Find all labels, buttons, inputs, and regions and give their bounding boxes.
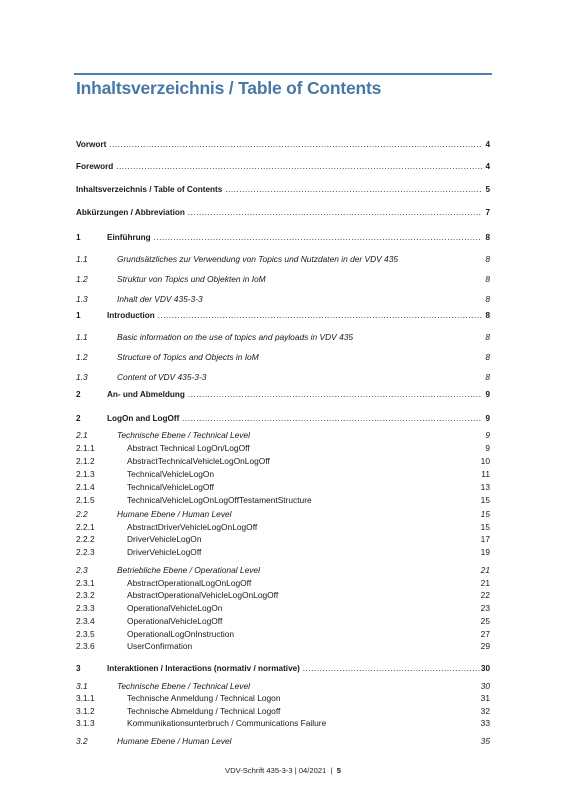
toc-entry-title-text: LogOn and LogOff <box>107 414 179 423</box>
toc-entry-title: DriverVehicleLogOn <box>127 533 201 545</box>
toc-entry-page: 33 <box>480 717 490 729</box>
toc-entry-title-text: Abkürzungen / Abbreviation <box>76 208 185 217</box>
toc-entry[interactable]: 2.1.4TechnicalVehicleLogOff13 <box>76 481 490 493</box>
toc-entry-title: Einführung .............................… <box>107 232 482 244</box>
toc-entry[interactable]: 3.1.1Technische Anmeldung / Technical Lo… <box>76 692 490 704</box>
toc-entry-number: 3.1 <box>76 680 88 692</box>
toc-entry[interactable]: 1Introduction ..........................… <box>76 310 490 322</box>
toc-entry[interactable]: 1.1Grundsätzliches zur Verwendung von To… <box>76 253 490 265</box>
toc-entry-title: UserConfirmation <box>127 640 192 652</box>
toc-entry-number: 3.1.3 <box>76 717 95 729</box>
toc-entry-number: 2.3 <box>76 564 88 576</box>
footer-separator: | <box>331 766 333 775</box>
toc-entry-page: 17 <box>480 533 490 545</box>
toc-entry-number: 2.1.1 <box>76 442 95 454</box>
toc-entry-title: AbstractDriverVehicleLogOnLogOff <box>127 521 257 533</box>
toc-entry-title: TechnicalVehicleLogOn <box>127 468 214 480</box>
toc-entry-title: Basic information on the use of topics a… <box>117 331 353 343</box>
toc-entry-number: 1.3 <box>76 293 88 305</box>
toc-entry-title: Technische Abmeldung / Technical Logoff <box>127 705 280 717</box>
toc-entry-title: Foreword ...............................… <box>76 161 482 173</box>
toc-entry-number: 1.1 <box>76 331 88 343</box>
toc-entry-title: Technische Ebene / Technical Level <box>117 429 250 441</box>
toc-entry-title: An- und Abmeldung ......................… <box>107 389 482 401</box>
toc-entry-number: 2.1.3 <box>76 468 95 480</box>
toc-entry-page: 35 <box>480 735 490 747</box>
toc-entry-page: 25 <box>480 615 490 627</box>
toc-entry-title: Inhaltsverzeichnis / Table of Contents .… <box>76 184 482 196</box>
toc-entry-number: 2 <box>76 413 81 425</box>
toc-entry-page: 30 <box>480 663 490 675</box>
toc-entry-number: 3.1.1 <box>76 692 95 704</box>
toc-entry[interactable]: 2.3.1AbstractOperationalLogOnLogOff21 <box>76 577 490 589</box>
toc-entry-title: AbstractOperationalVehicleLogOnLogOff <box>127 589 278 601</box>
toc-entry-title: Vorwort ................................… <box>76 139 482 151</box>
toc-entry[interactable]: Vorwort ................................… <box>76 139 490 151</box>
toc-entry-number: 2.3.5 <box>76 628 95 640</box>
toc-entry-page: 15 <box>480 508 490 520</box>
toc-entry[interactable]: 2.3Betriebliche Ebene / Operational Leve… <box>76 564 490 576</box>
toc-entry-number: 2.2 <box>76 508 88 520</box>
toc-entry-title-text: An- und Abmeldung <box>107 390 185 399</box>
toc-entry-page: 7 <box>484 207 490 219</box>
toc-entry[interactable]: Foreword ...............................… <box>76 161 490 173</box>
footer-date: 04/2021 <box>299 766 326 775</box>
toc-entry[interactable]: 1Einführung ............................… <box>76 232 490 244</box>
toc-entry-number: 2.1 <box>76 429 88 441</box>
dot-leader: ........................................… <box>185 390 482 399</box>
toc-entry-title: Abstract Technical LogOn/LogOff <box>127 442 250 454</box>
toc-entry-title: Introduction ...........................… <box>107 310 482 322</box>
toc-entry[interactable]: 2.3.6UserConfirmation29 <box>76 640 490 652</box>
toc-entry-title-text: Introduction <box>107 311 155 320</box>
toc-entry-page: 8 <box>484 232 490 244</box>
toc-entry-page: 8 <box>484 273 490 285</box>
toc-entry-title: AbstractOperationalLogOnLogOff <box>127 577 251 589</box>
toc-entry[interactable]: Inhaltsverzeichnis / Table of Contents .… <box>76 184 490 196</box>
toc-entry-number: 2.3.2 <box>76 589 95 601</box>
toc-entry-title: Grundsätzliches zur Verwendung von Topic… <box>117 253 398 265</box>
toc-entry[interactable]: 2.3.3OperationalVehicleLogOn23 <box>76 602 490 614</box>
dot-leader: ........................................… <box>185 208 482 217</box>
toc-entry-number: 1.2 <box>76 273 88 285</box>
toc-entry[interactable]: 2.2.1AbstractDriverVehicleLogOnLogOff15 <box>76 521 490 533</box>
toc-entry-page: 13 <box>480 481 490 493</box>
toc-entry-title: Technische Anmeldung / Technical Logon <box>127 692 281 704</box>
toc-entry[interactable]: 2.2.2DriverVehicleLogOn17 <box>76 533 490 545</box>
toc-entry-title: Struktur von Topics und Objekten in IoM <box>117 273 266 285</box>
toc-entry-page: 21 <box>480 564 490 576</box>
toc-entry-page: 4 <box>484 139 490 151</box>
toc-entry-page: 8 <box>484 331 490 343</box>
toc-entry[interactable]: 2.3.2AbstractOperationalVehicleLogOnLogO… <box>76 589 490 601</box>
toc-entry[interactable]: 1.2Struktur von Topics und Objekten in I… <box>76 273 490 285</box>
toc-entry[interactable]: 2.2Humane Ebene / Human Level15 <box>76 508 490 520</box>
toc-entry[interactable]: 3.1.3Kommunikationsunterbruch / Communic… <box>76 717 490 729</box>
toc-entry-number: 2.1.2 <box>76 455 95 467</box>
table-of-contents: Vorwort ................................… <box>0 0 566 760</box>
toc-entry-page: 29 <box>480 640 490 652</box>
page-footer: VDV-Schrift 435-3-3 | 04/2021 | 5 <box>0 766 566 775</box>
footer-page-number: 5 <box>337 766 341 775</box>
toc-entry-page: 8 <box>484 351 490 363</box>
dot-leader: ........................................… <box>113 162 482 171</box>
toc-entry[interactable]: 3.2Humane Ebene / Human Level35 <box>76 735 490 747</box>
toc-entry-title-text: Vorwort <box>76 140 106 149</box>
toc-entry-title: Humane Ebene / Human Level <box>117 508 232 520</box>
toc-entry-title-text: Interaktionen / Interactions (normativ /… <box>107 664 300 673</box>
toc-entry-page: 21 <box>480 577 490 589</box>
toc-entry-title: Abkürzungen / Abbreviation .............… <box>76 207 482 219</box>
dot-leader: ........................................… <box>300 664 482 673</box>
toc-entry-page: 11 <box>480 468 490 480</box>
toc-entry-title: Technische Ebene / Technical Level <box>117 680 250 692</box>
toc-entry-title: Kommunikationsunterbruch / Communication… <box>127 717 326 729</box>
dot-leader: ........................................… <box>222 185 482 194</box>
toc-entry-title: TechnicalVehicleLogOff <box>127 481 214 493</box>
toc-entry-page: 9 <box>484 413 490 425</box>
toc-entry-title: Betriebliche Ebene / Operational Level <box>117 564 260 576</box>
toc-entry-number: 1 <box>76 310 81 322</box>
toc-entry-page: 5 <box>484 184 490 196</box>
toc-entry-number: 2.2.3 <box>76 546 95 558</box>
toc-entry-number: 3.2 <box>76 735 88 747</box>
toc-entry-number: 3 <box>76 663 81 675</box>
toc-entry-page: 8 <box>484 253 490 265</box>
toc-entry-title-text: Einführung <box>107 233 151 242</box>
toc-entry-page: 22 <box>480 589 490 601</box>
toc-entry-number: 2.2.1 <box>76 521 95 533</box>
toc-entry[interactable]: 2.3.4OperationalVehicleLogOff25 <box>76 615 490 627</box>
toc-entry-title: TechnicalVehicleLogOnLogOffTestamentStru… <box>127 494 312 506</box>
toc-entry-page: 19 <box>480 546 490 558</box>
toc-entry-number: 1.2 <box>76 351 88 363</box>
toc-entry-title: OperationalVehicleLogOff <box>127 615 222 627</box>
toc-entry-page: 8 <box>484 310 490 322</box>
toc-entry-page: 9 <box>484 389 490 401</box>
toc-entry-title: OperationalLogOnInstruction <box>127 628 234 640</box>
toc-entry[interactable]: 2.3.5OperationalLogOnInstruction27 <box>76 628 490 640</box>
toc-entry[interactable]: 2An- und Abmeldung .....................… <box>76 389 490 401</box>
toc-entry[interactable]: 3Interaktionen / Interactions (normativ … <box>76 663 490 675</box>
toc-entry[interactable]: 3.1.2Technische Abmeldung / Technical Lo… <box>76 705 490 717</box>
toc-entry-number: 2.2.2 <box>76 533 95 545</box>
toc-entry-page: 30 <box>480 680 490 692</box>
toc-entry-number: 2.3.6 <box>76 640 95 652</box>
dot-leader: ........................................… <box>151 233 482 242</box>
toc-entry-title: Inhalt der VDV 435-3-3 <box>117 293 203 305</box>
toc-entry-title: Humane Ebene / Human Level <box>117 735 232 747</box>
toc-entry-title: Interaktionen / Interactions (normativ /… <box>107 663 482 675</box>
footer-separator: | <box>295 766 297 775</box>
toc-entry[interactable]: 3.1Technische Ebene / Technical Level30 <box>76 680 490 692</box>
toc-entry[interactable]: 2.2.3DriverVehicleLogOff19 <box>76 546 490 558</box>
dot-leader: ........................................… <box>179 414 482 423</box>
toc-entry[interactable]: 2.1.1Abstract Technical LogOn/LogOff9 <box>76 442 490 454</box>
toc-entry[interactable]: 1.3Inhalt der VDV 435-3-38 <box>76 293 490 305</box>
toc-entry[interactable]: 1.3Content of VDV 435-3-38 <box>76 371 490 383</box>
toc-entry[interactable]: 2.1.2AbstractTechnicalVehicleLogOnLogOff… <box>76 455 490 467</box>
toc-entry[interactable]: Abkürzungen / Abbreviation .............… <box>76 207 490 219</box>
toc-entry[interactable]: 2.1.3TechnicalVehicleLogOn11 <box>76 468 490 480</box>
toc-entry-title: Content of VDV 435-3-3 <box>117 371 206 383</box>
toc-entry-page: 31 <box>480 692 490 704</box>
toc-entry-title: OperationalVehicleLogOn <box>127 602 222 614</box>
toc-entry-page: 32 <box>480 705 490 717</box>
toc-entry-number: 2.3.4 <box>76 615 95 627</box>
toc-entry-number: 1 <box>76 232 81 244</box>
toc-entry-page: 15 <box>480 521 490 533</box>
toc-entry-title: LogOn and LogOff .......................… <box>107 413 482 425</box>
toc-entry-page: 27 <box>480 628 490 640</box>
toc-entry-title: AbstractTechnicalVehicleLogOnLogOff <box>127 455 270 467</box>
toc-entry-number: 1.1 <box>76 253 88 265</box>
toc-entry-page: 8 <box>484 371 490 383</box>
toc-entry-number: 2.1.4 <box>76 481 95 493</box>
toc-entry[interactable]: 2LogOn and LogOff ......................… <box>76 413 490 425</box>
toc-entry-number: 2 <box>76 389 81 401</box>
toc-entry[interactable]: 1.2Structure of Topics and Objects in Io… <box>76 351 490 363</box>
toc-entry[interactable]: 2.1.5TechnicalVehicleLogOnLogOffTestamen… <box>76 494 490 506</box>
dot-leader: ........................................… <box>155 311 482 320</box>
toc-entry-number: 2.3.3 <box>76 602 95 614</box>
toc-entry-page: 8 <box>484 293 490 305</box>
footer-doc-id: VDV-Schrift 435-3-3 <box>225 766 293 775</box>
toc-entry[interactable]: 1.1Basic information on the use of topic… <box>76 331 490 343</box>
toc-entry-title: Structure of Topics and Objects in IoM <box>117 351 259 363</box>
dot-leader: ........................................… <box>106 140 482 149</box>
toc-entry-number: 3.1.2 <box>76 705 95 717</box>
toc-entry-title: DriverVehicleLogOff <box>127 546 201 558</box>
toc-entry-page: 23 <box>480 602 490 614</box>
toc-entry-page: 10 <box>480 455 490 467</box>
toc-entry[interactable]: 2.1Technische Ebene / Technical Level9 <box>76 429 490 441</box>
toc-entry-title-text: Inhaltsverzeichnis / Table of Contents <box>76 185 222 194</box>
toc-entry-number: 2.1.5 <box>76 494 95 506</box>
toc-entry-number: 1.3 <box>76 371 88 383</box>
toc-entry-page: 9 <box>484 442 490 454</box>
toc-entry-page: 9 <box>484 429 490 441</box>
toc-entry-page: 4 <box>484 161 490 173</box>
toc-entry-number: 2.3.1 <box>76 577 95 589</box>
toc-entry-title-text: Foreword <box>76 162 113 171</box>
toc-entry-page: 15 <box>480 494 490 506</box>
